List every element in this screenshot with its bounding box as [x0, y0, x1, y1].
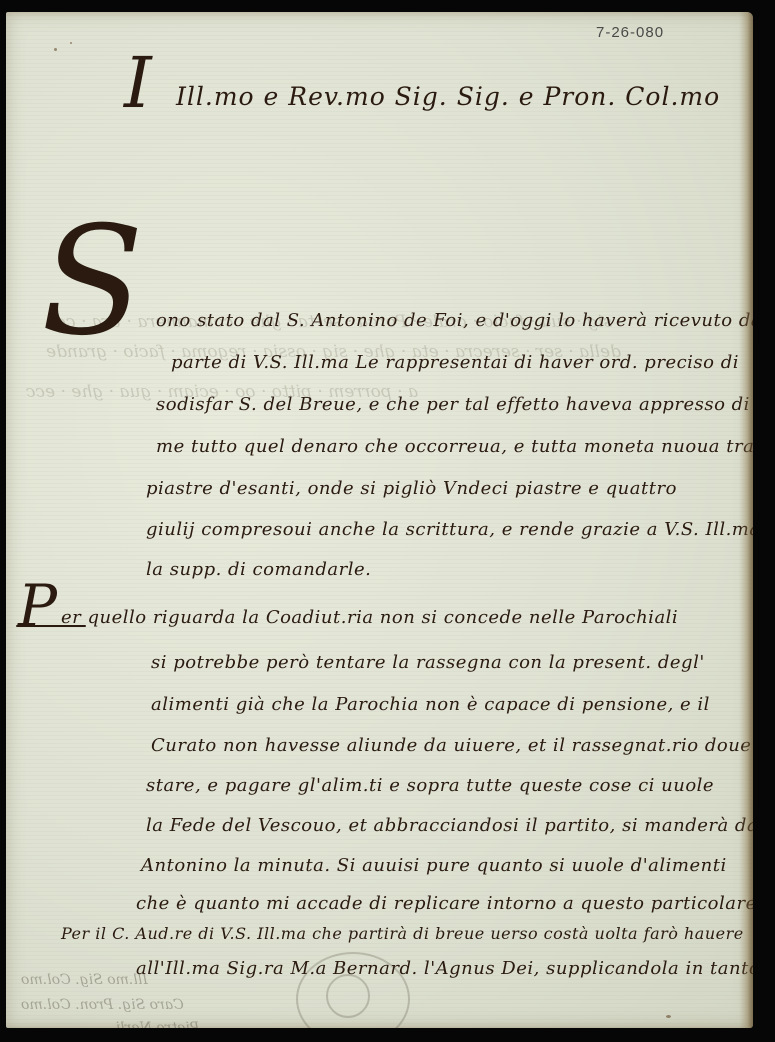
ink-speck — [70, 42, 72, 44]
endorsement-line: Ill.mo Sig. Col.mo — [21, 972, 148, 988]
text-line: la supp. di comandarle. — [146, 559, 371, 580]
section-initial: P — [18, 572, 57, 640]
text-line: piastre d'esanti, onde si pigliò Vndeci … — [146, 478, 677, 499]
text-line: alimenti già che la Parochia non è capac… — [151, 694, 710, 715]
text-line: si potrebbe però tentare la rassegna con… — [151, 652, 705, 673]
ink-speck — [54, 48, 57, 51]
salutation: Ill.mo e Rev.mo Sig. Sig. e Pron. Col.mo — [176, 82, 720, 111]
body-initial: S — [41, 207, 144, 357]
document-scan: 7-26-080 sig · sua · facio · orale · Por… — [0, 0, 775, 1042]
text-line: giulij compresoui anche la scrittura, e … — [146, 519, 753, 540]
salutation-initial: I — [124, 42, 152, 124]
text-line: Per il C. Aud.re di V.S. Ill.ma che part… — [61, 924, 744, 943]
text-line: che è quanto mi accade di replicare into… — [136, 893, 753, 914]
ink-speck — [666, 1015, 671, 1018]
text-line: er quello riguarda la Coadiut.ria non si… — [61, 607, 678, 628]
paper-sheet: 7-26-080 sig · sua · facio · orale · Por… — [6, 12, 753, 1028]
text-line: la Fede del Vescouo, et abbracciandosi i… — [146, 815, 753, 836]
text-line: me tutto quel denaro che occorreua, e tu… — [156, 436, 753, 457]
endorsement-line: Pietro Nerli — [116, 1020, 200, 1028]
archive-number: 7-26-080 — [596, 24, 664, 41]
text-line: all'Ill.ma Sig.ra M.a Bernard. l'Agnus D… — [136, 958, 753, 979]
text-line: stare, e pagare gl'alim.ti e sopra tutte… — [146, 775, 714, 796]
text-line: parte di V.S. Ill.ma Le rappresentai di … — [171, 352, 739, 373]
text-line: Antonino la minuta. Si auuisi pure quant… — [141, 855, 727, 876]
text-line: ono stato dal S. Antonino de Foi, e d'og… — [156, 310, 753, 331]
endorsement-line: Caro Sig. Pron. Col.mo — [21, 997, 184, 1013]
text-line: Curato non havesse aliunde da uiuere, et… — [151, 735, 751, 756]
text-line: sodisfar S. del Breue, e che per tal eff… — [156, 394, 750, 415]
